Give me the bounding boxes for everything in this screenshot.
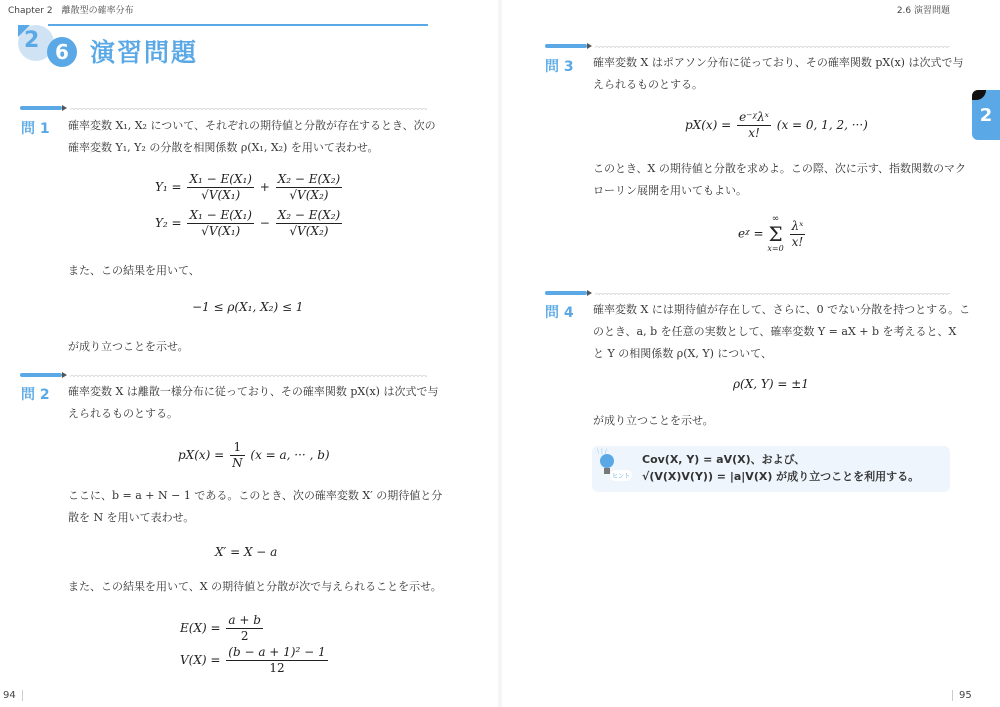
- problem-1-text-line-4: が成り立つことを示せ。: [68, 336, 189, 358]
- eq-range: (x = 0, 1, 2, ···): [777, 118, 868, 132]
- eq-lhs: V(X) =: [180, 653, 220, 667]
- equation-correlation: ρ(X, Y) = ±1: [733, 377, 809, 391]
- plus-op: +: [260, 180, 270, 194]
- frac-den: x!: [737, 126, 771, 141]
- problem-3-text-line-4: ローリン展開を用いてもよい。: [593, 180, 747, 202]
- frac-num: a + b: [226, 613, 263, 629]
- frac-den: x!: [790, 235, 806, 250]
- problem-1-text-line-2: 確率変数 Y₁, Y₂ の分散を相関係数 ρ(X₁, X₂) を用いて表わせ。: [68, 137, 379, 159]
- wavy-line: [595, 291, 950, 295]
- sum-lower: x=0: [767, 244, 783, 254]
- wavy-line: [595, 44, 950, 48]
- section-number-badge: 6: [47, 37, 77, 67]
- lightbulb-icon: [600, 454, 614, 468]
- problem-1-label: 問 1: [21, 118, 50, 138]
- problem-2-label: 問 2: [21, 384, 50, 404]
- pencil-tip-icon: [62, 372, 67, 378]
- eq-lhs: pX(x) =: [178, 448, 224, 462]
- problem-1-text-line-3: また、この結果を用いて、: [68, 260, 200, 282]
- hint-line-2: √(V(X)V(Y)) = |a|V(X) が成り立つことを利用する。: [642, 468, 919, 485]
- problem-3-divider: [545, 42, 950, 50]
- page-number-right: 95: [952, 690, 972, 701]
- problem-3-text-line-2: えられるものとする。: [593, 74, 703, 96]
- sigma-icon: Σ: [767, 224, 783, 244]
- problem-3-label: 問 3: [545, 56, 574, 76]
- wavy-line: [70, 106, 427, 110]
- frac-num: X₂ − E(X₂): [276, 172, 343, 188]
- frac-num: X₂ − E(X₂): [276, 208, 343, 224]
- equation-maclaurin: eᵡ = ∞ Σ x=0 λˣx!: [738, 214, 807, 254]
- frac-den: √V(X₁): [187, 224, 254, 239]
- problem-4-text-line-2: のとき、a, b を任意の実数として、確率変数 Y = aX + b を考えると…: [593, 321, 956, 343]
- frac-num: (b − a + 1)² − 1: [226, 645, 327, 661]
- problem-1-divider: [20, 104, 427, 112]
- problem-4-text-line-4: が成り立つことを示せ。: [593, 410, 714, 432]
- eq-range: (x = a, ··· , b): [250, 448, 329, 462]
- frac-den: √V(X₁): [187, 188, 254, 203]
- eq-y2-lhs: Y₂ =: [155, 216, 182, 230]
- frac-den: √V(X₂): [276, 224, 343, 239]
- problem-2-text-line-4: 散を N を用いて表わせ。: [68, 507, 194, 529]
- problem-2-text-line-1: 確率変数 X は離散一様分布に従っており、その確率関数 pX(x) は次式で与: [68, 381, 438, 403]
- equation-expectation: E(X) = a + b2: [180, 613, 265, 644]
- frac-num: X₁ − E(X₁): [187, 172, 254, 188]
- problem-4-divider: [545, 289, 950, 297]
- problem-2-divider: [20, 371, 427, 379]
- hint-line-1: Cov(X, Y) = aV(X)、および、: [642, 451, 919, 468]
- frac-num: e⁻ᵡλˣ: [737, 110, 771, 126]
- equation-variance: V(X) = (b − a + 1)² − 112: [180, 645, 330, 676]
- frac-den: 2: [226, 629, 263, 644]
- eq-y1-lhs: Y₁ =: [155, 180, 182, 194]
- problem-4-label: 問 4: [545, 302, 574, 322]
- frac-num: λˣ: [790, 219, 806, 235]
- problem-4-text-line-1: 確率変数 X には期待値が存在して、さらに、0 でない分散を持つとする。こ: [593, 299, 970, 321]
- eq-lhs: E(X) =: [180, 621, 221, 635]
- equation-y2: Y₂ = X₁ − E(X₁)√V(X₁) − X₂ − E(X₂)√V(X₂): [155, 208, 344, 239]
- eq-lhs: eᵡ =: [738, 227, 764, 241]
- eq-lhs: pX(x) =: [685, 118, 731, 132]
- pencil-icon: [545, 291, 587, 295]
- frac-den: N: [230, 456, 245, 471]
- chapter-tab: 2: [972, 90, 1000, 140]
- pencil-tip-icon: [62, 105, 67, 111]
- running-head-right: 2.6 演習問題: [897, 3, 950, 16]
- section-rule: [48, 24, 428, 26]
- problem-4-text-line-3: と Y の相関係数 ρ(X, Y) について、: [593, 343, 772, 365]
- hint-label: ヒント: [610, 470, 632, 481]
- wavy-line: [70, 373, 427, 377]
- frac-den: 12: [226, 661, 327, 676]
- running-head-left: Chapter 2 離散型の確率分布: [8, 3, 134, 16]
- pencil-icon: [20, 106, 62, 110]
- problem-1-text-line-1: 確率変数 X₁, X₂ について、それぞれの期待値と分散が存在するとき、次の: [68, 115, 436, 137]
- frac-num: X₁ − E(X₁): [187, 208, 254, 224]
- problem-2-text-line-3: ここに、b = a + N − 1 である。このとき、次の確率変数 X′ の期待…: [68, 485, 442, 507]
- summation: ∞ Σ x=0: [767, 214, 783, 254]
- section-title: 演習問題: [90, 33, 198, 69]
- pencil-tip-icon: [587, 43, 592, 49]
- equation-uniform-pmf: pX(x) = 1N (x = a, ··· , b): [178, 440, 330, 471]
- problem-2-text-line-5: また、この結果を用いて、X の期待値と分散が次で与えられることを示せ。: [68, 576, 442, 598]
- pencil-icon: [20, 373, 62, 377]
- problem-3-text-line-1: 確率変数 X はポアソン分布に従っており、その確率関数 pX(x) は次式で与: [593, 52, 963, 74]
- page-number-left: 94: [3, 690, 23, 701]
- frac-den: √V(X₂): [276, 188, 343, 203]
- equation-y1: Y₁ = X₁ − E(X₁)√V(X₁) + X₂ − E(X₂)√V(X₂): [155, 172, 344, 203]
- equation-inequality: −1 ≤ ρ(X₁, X₂) ≤ 1: [192, 300, 303, 314]
- problem-2-text-line-2: えられるものとする。: [68, 403, 178, 425]
- problem-3-text-line-3: このとき、X の期待値と分散を求めよ。この際、次に示す、指数関数のマク: [593, 158, 966, 180]
- equation-shift: X′ = X − a: [215, 545, 277, 559]
- hint-box: \ | / ヒント Cov(X, Y) = aV(X)、および、 √(V(X)V…: [592, 446, 950, 492]
- pencil-icon: [545, 44, 587, 48]
- equation-poisson-pmf: pX(x) = e⁻ᵡλˣx! (x = 0, 1, 2, ···): [685, 110, 868, 141]
- minus-op: −: [260, 216, 270, 230]
- hint-text: Cov(X, Y) = aV(X)、および、 √(V(X)V(Y)) = |a|…: [642, 451, 919, 485]
- frac-num: 1: [230, 440, 245, 456]
- pencil-tip-icon: [587, 290, 592, 296]
